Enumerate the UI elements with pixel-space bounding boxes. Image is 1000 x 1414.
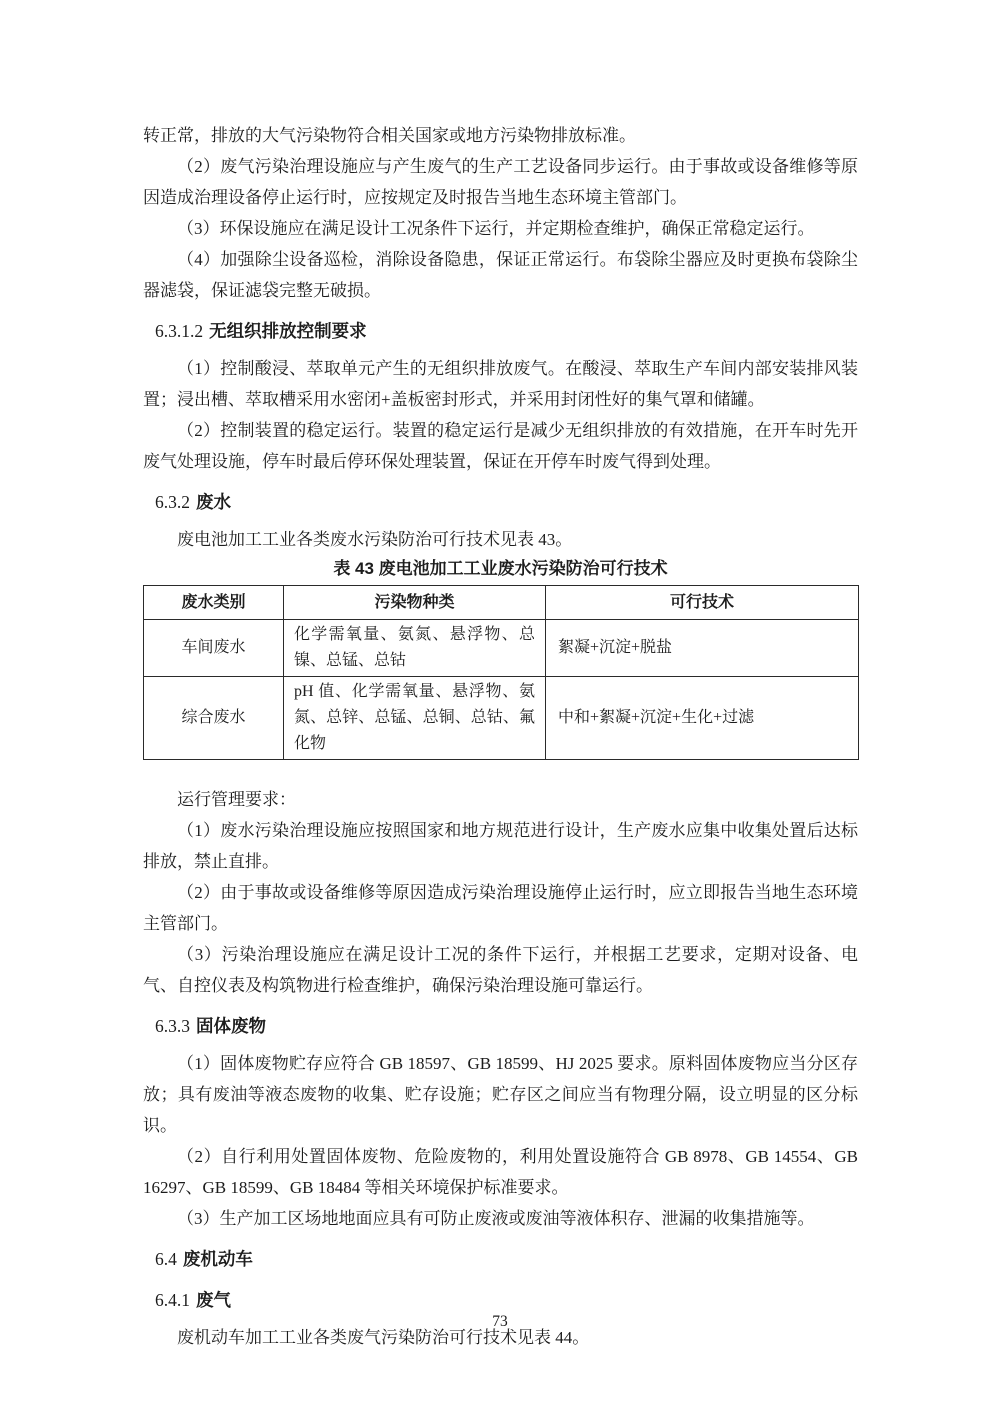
section-title: 固体废物: [196, 1016, 266, 1036]
section-number: 6.4.1: [155, 1290, 190, 1310]
section-heading-6-4: 6.4废机动车: [143, 1244, 858, 1275]
table-row: 综合废水 pH 值、化学需氧量、悬浮物、氨氮、总锌、总锰、总铜、总钴、氟化物 中…: [144, 677, 859, 760]
paragraph-mgmt-item-1: （1）废水污染治理设施应按照国家和地方规范进行设计，生产废水应集中收集处置后达标…: [143, 815, 858, 877]
paragraph-633-item-3: （3）生产加工区场地地面应具有可防止废液或废油等液体积存、泄漏的收集措施等。: [143, 1203, 858, 1234]
section-number: 6.3.2: [155, 492, 190, 512]
cell-technology: 絮凝+沉淀+脱盐: [546, 620, 859, 677]
paragraph-633-item-2: （2）自行利用处置固体废物、危险废物的，利用处置设施符合 GB 8978、GB …: [143, 1141, 858, 1203]
section-number: 6.3.3: [155, 1016, 190, 1036]
section-number: 6.4: [155, 1249, 177, 1269]
paragraph-6312-item-2: （2）控制装置的稳定运行。装置的稳定运行是减少无组织排放的有效措施，在开车时先开…: [143, 415, 858, 477]
cell-category: 车间废水: [144, 620, 284, 677]
column-header-pollutant-types: 污染物种类: [284, 586, 546, 620]
cell-pollutants: pH 值、化学需氧量、悬浮物、氨氮、总锌、总锰、总铜、总钴、氟化物: [284, 677, 546, 760]
section-heading-6-4-1: 6.4.1废气: [143, 1285, 858, 1316]
section-title: 废水: [196, 492, 231, 512]
paragraph-mgmt-item-2: （2）由于事故或设备维修等原因造成污染治理设施停止运行时，应立即报告当地生态环境…: [143, 877, 858, 939]
paragraph-mgmt-title: 运行管理要求：: [143, 784, 858, 815]
document-page: 转正常，排放的大气污染物符合相关国家或地方污染物排放标准。 （2）废气污染治理设…: [0, 0, 1000, 1414]
cell-pollutants: 化学需氧量、氨氮、悬浮物、总镍、总锰、总钴: [284, 620, 546, 677]
section-title: 废气: [196, 1290, 231, 1310]
paragraph-table43-intro: 废电池加工工业各类废水污染防治可行技术见表 43。: [143, 524, 858, 555]
table-header-row: 废水类别 污染物种类 可行技术: [144, 586, 859, 620]
table-caption: 表 43 废电池加工工业废水污染防治可行技术: [143, 555, 858, 583]
cell-technology: 中和+絮凝+沉淀+生化+过滤: [546, 677, 859, 760]
section-title: 无组织排放控制要求: [209, 321, 367, 341]
cell-category: 综合废水: [144, 677, 284, 760]
paragraph-633-item-1: （1）固体废物贮存应符合 GB 18597、GB 18599、HJ 2025 要…: [143, 1048, 858, 1141]
section-heading-6-3-1-2: 6.3.1.2无组织排放控制要求: [143, 316, 858, 347]
column-header-feasible-technology: 可行技术: [546, 586, 859, 620]
section-heading-6-3-2: 6.3.2废水: [143, 487, 858, 518]
section-heading-6-3-3: 6.3.3固体废物: [143, 1011, 858, 1042]
section-number: 6.3.1.2: [155, 321, 203, 341]
paragraph-continuation: 转正常，排放的大气污染物符合相关国家或地方污染物排放标准。: [143, 120, 858, 151]
page-number: 73: [0, 1313, 1000, 1331]
paragraph-item-3: （3）环保设施应在满足设计工况条件下运行，并定期检查维护，确保正常稳定运行。: [143, 213, 858, 244]
paragraph-mgmt-item-3: （3）污染治理设施应在满足设计工况的条件下运行，并根据工艺要求，定期对设备、电气…: [143, 939, 858, 1001]
paragraph-6312-item-1: （1）控制酸浸、萃取单元产生的无组织排放废气。在酸浸、萃取生产车间内部安装排风装…: [143, 353, 858, 415]
wastewater-technology-table: 废水类别 污染物种类 可行技术 车间废水 化学需氧量、氨氮、悬浮物、总镍、总锰、…: [143, 585, 859, 760]
column-header-wastewater-category: 废水类别: [144, 586, 284, 620]
section-title: 废机动车: [183, 1249, 253, 1269]
paragraph-item-4: （4）加强除尘设备巡检，消除设备隐患，保证正常运行。布袋除尘器应及时更换布袋除尘…: [143, 244, 858, 306]
table-row: 车间废水 化学需氧量、氨氮、悬浮物、总镍、总锰、总钴 絮凝+沉淀+脱盐: [144, 620, 859, 677]
paragraph-item-2: （2）废气污染治理设施应与产生废气的生产工艺设备同步运行。由于事故或设备维修等原…: [143, 151, 858, 213]
